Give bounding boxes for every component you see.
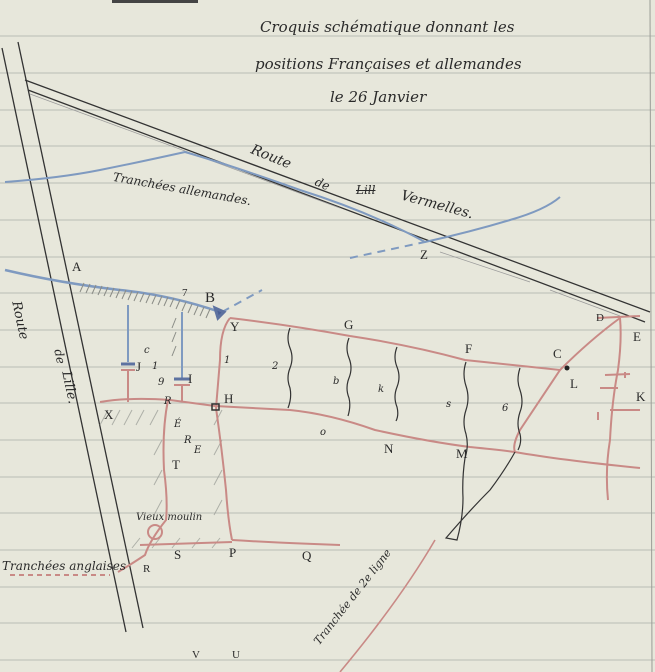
point-l: L: [570, 377, 578, 390]
road-label-struck: Lill: [356, 184, 375, 196]
numeral-k: k: [378, 385, 384, 395]
point-f: F: [465, 342, 472, 355]
reserve-r: R: [164, 397, 172, 407]
numeral-2: 2: [272, 362, 278, 372]
point-v: V: [192, 650, 200, 661]
numeral-o: o: [320, 428, 326, 438]
numeral-s: s: [446, 400, 451, 410]
point-b: B: [205, 291, 215, 306]
point-e: E: [633, 330, 641, 343]
title-line-3: le 26 Janvier: [330, 90, 426, 105]
point-t: T: [172, 458, 180, 471]
point-u: U: [232, 650, 240, 661]
point-j: J: [136, 360, 141, 373]
point-i: I: [188, 372, 192, 385]
point-r: R: [143, 564, 150, 575]
l-dot-icon: [565, 366, 570, 371]
road-label-de-lille: de: [52, 348, 67, 365]
numeral-1: 1: [152, 362, 158, 372]
reserve-e2: E: [194, 446, 201, 456]
point-m: M: [456, 447, 468, 460]
point-g: G: [344, 318, 353, 331]
numeral-6: 6: [502, 404, 508, 414]
numeral-1b: 1: [224, 356, 230, 366]
point-k: K: [636, 390, 645, 403]
point-a: A: [72, 260, 81, 273]
point-s: S: [174, 548, 181, 561]
point-z: Z: [420, 248, 428, 261]
english-trenches-label: Tranchées anglaises: [2, 560, 126, 572]
sketch-map-page: Croquis schématique donnant les position…: [0, 0, 655, 672]
vieux-moulin-label: Vieux moulin: [136, 513, 202, 523]
french-lines: [10, 316, 640, 672]
point-d: D: [596, 313, 604, 324]
reserve-e1: É: [174, 420, 181, 430]
point-h: H: [224, 392, 233, 405]
numeral-9: 9: [158, 378, 164, 388]
point-7: 7: [182, 288, 188, 299]
numeral-b: b: [333, 377, 339, 387]
point-x: X: [104, 408, 113, 421]
point-c: C: [553, 347, 562, 360]
reserve-r2: R: [184, 436, 192, 446]
point-y: Y: [230, 320, 239, 333]
numeral-c: c: [144, 346, 150, 356]
title-line-2: positions Françaises et allemandes: [255, 57, 522, 72]
point-n: N: [384, 442, 393, 455]
point-q: Q: [302, 549, 311, 562]
title-line-1: Croquis schématique donnant les: [260, 20, 514, 35]
point-p: P: [229, 546, 236, 559]
